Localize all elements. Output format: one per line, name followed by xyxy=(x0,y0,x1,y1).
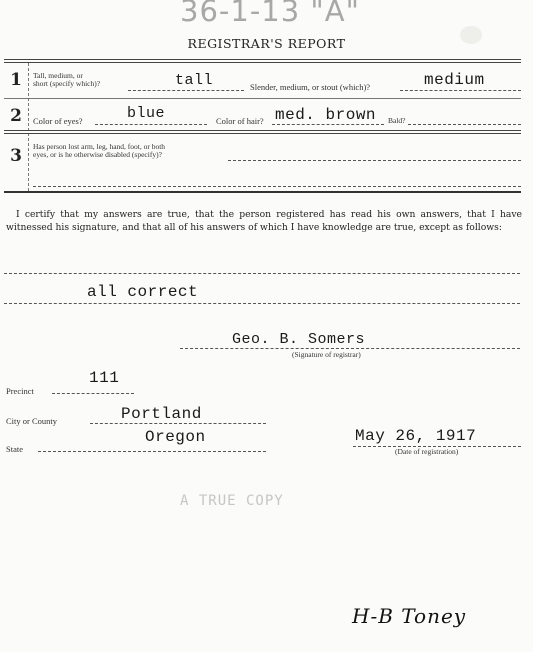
true-copy-watermark: A TRUE COPY xyxy=(180,493,284,509)
question-1-label-line2: short (specify which)? xyxy=(33,80,100,88)
row-divider-1 xyxy=(4,98,521,99)
city-answer[interactable]: Portland xyxy=(121,405,202,423)
certifier-signature: H-B Toney xyxy=(352,604,466,628)
question-number-3: 3 xyxy=(6,146,26,166)
registrar-signature[interactable]: Geo. B. Somers xyxy=(232,331,365,348)
question-number-1: 1 xyxy=(6,70,26,90)
city-label: City or County xyxy=(6,416,57,426)
bottom-rule xyxy=(4,191,521,193)
number-column-divider xyxy=(28,63,29,191)
question-number-2: 2 xyxy=(6,106,26,126)
eye-color-label: Color of eyes? xyxy=(33,116,83,126)
state-answer[interactable]: Oregon xyxy=(145,428,206,446)
disability-answer-line-1 xyxy=(228,160,521,161)
precinct-label: Precinct xyxy=(6,386,34,396)
disability-answer-line-2 xyxy=(33,186,521,187)
exceptions-line-1 xyxy=(4,273,520,274)
page-title: REGISTRAR'S REPORT xyxy=(0,36,533,51)
bald-label: Bald? xyxy=(388,117,406,125)
certification-text: I certify that my answers are true, that… xyxy=(6,208,522,234)
build-label: Slender, medium, or stout (which)? xyxy=(250,82,370,92)
registrar-signature-line xyxy=(180,348,520,349)
question-3-label-line2: eyes, or is he otherwise disabled (speci… xyxy=(33,151,162,159)
hair-color-answer[interactable]: med. brown xyxy=(275,106,376,124)
serial-stamp: 36-1-13 "A" xyxy=(180,0,380,28)
exceptions-answer[interactable]: all correct xyxy=(87,283,198,301)
height-answer-line xyxy=(128,90,244,91)
state-answer-line xyxy=(38,451,266,452)
row-divider-2 xyxy=(4,130,521,134)
build-answer-line xyxy=(400,90,521,91)
eye-color-answer[interactable]: blue xyxy=(127,105,165,122)
registration-date[interactable]: May 26, 1917 xyxy=(355,427,476,445)
exceptions-line-2 xyxy=(4,303,520,304)
precinct-answer-line xyxy=(52,393,134,394)
top-rule xyxy=(4,59,521,63)
registration-date-caption: (Date of registration) xyxy=(395,447,458,456)
bald-answer-line xyxy=(408,124,521,125)
state-label: State xyxy=(6,444,23,454)
hair-color-answer-line xyxy=(272,124,384,125)
precinct-answer[interactable]: 111 xyxy=(89,369,119,387)
city-answer-line xyxy=(90,423,266,424)
build-answer[interactable]: medium xyxy=(424,71,485,89)
height-answer[interactable]: tall xyxy=(175,72,213,89)
hair-color-label: Color of hair? xyxy=(216,116,264,126)
eye-color-answer-line xyxy=(95,124,207,125)
registrar-signature-caption: (Signature of registrar) xyxy=(292,350,361,359)
